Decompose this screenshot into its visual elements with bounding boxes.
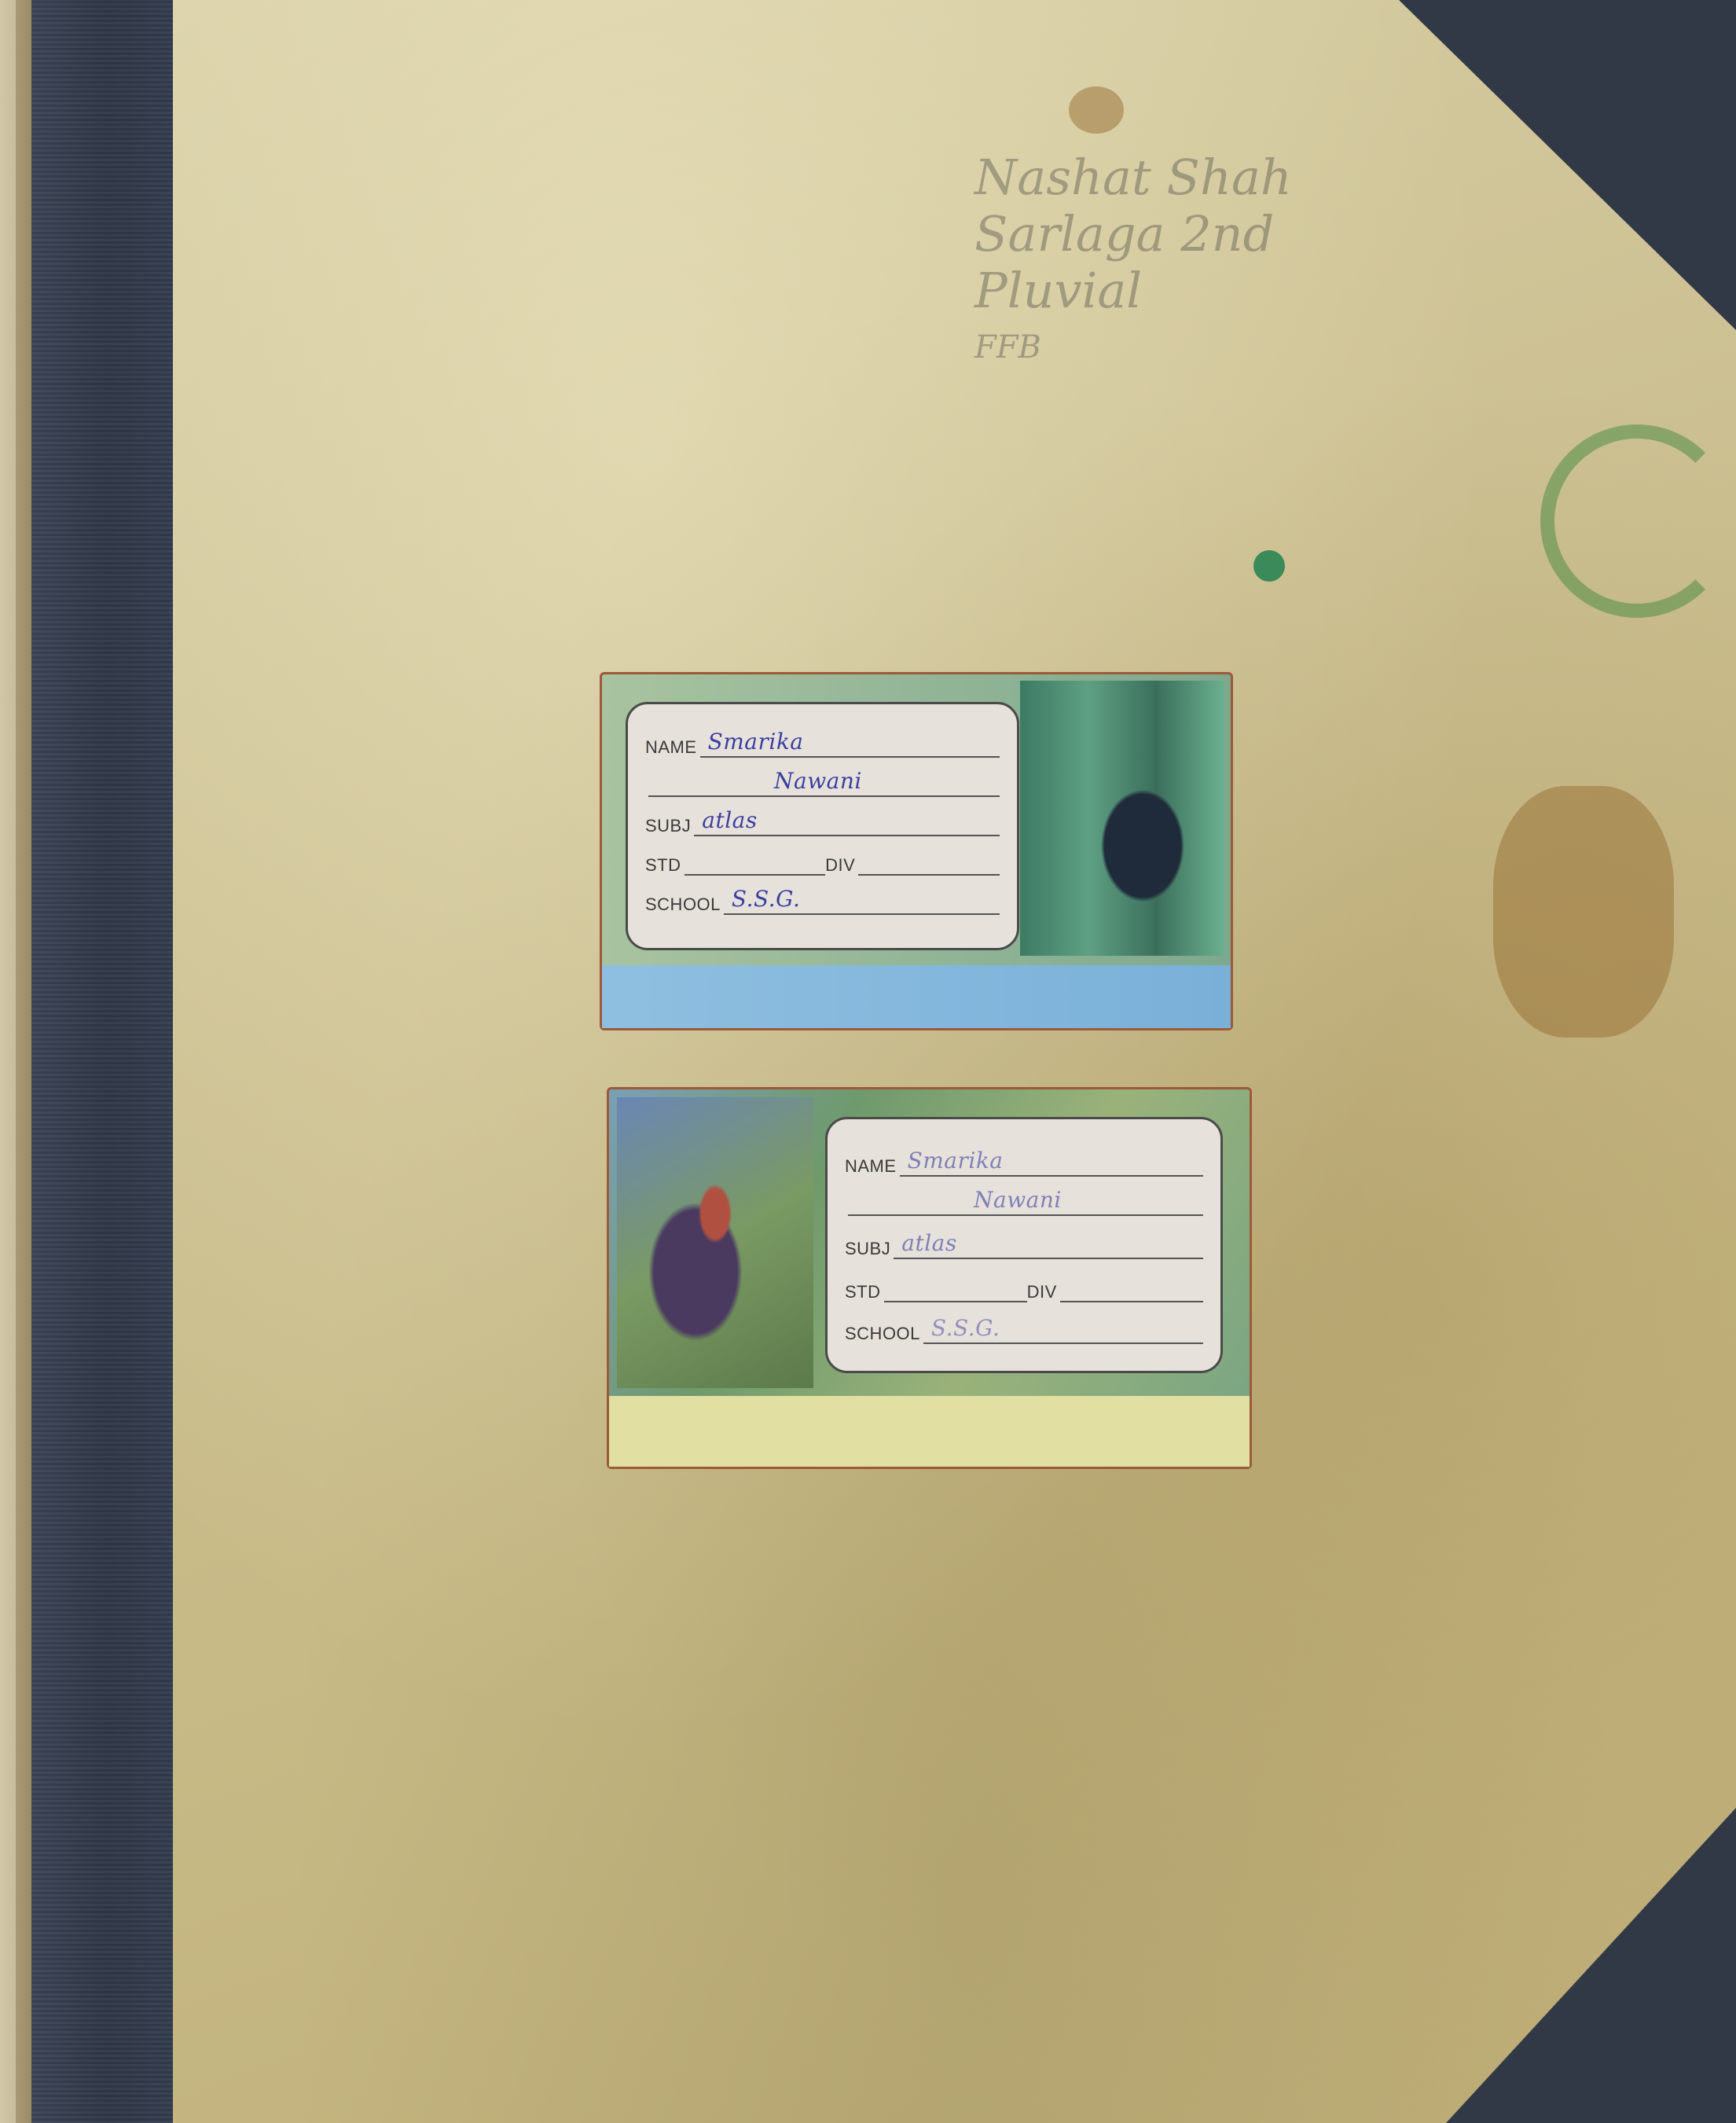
- lion-illustration: [1020, 681, 1224, 956]
- name-label-top: NAME Smarika Nawani SUBJ atlas STD DIV S…: [600, 672, 1233, 1030]
- std-div-row: STD DIV: [845, 1280, 1203, 1302]
- school-row: SCHOOL S.S.G.: [845, 1322, 1203, 1344]
- green-ring-stain: [1540, 424, 1734, 618]
- label-strip: [609, 1396, 1250, 1467]
- label-card: NAME Smarika Nawani SUBJ atlas STD DIV S…: [825, 1117, 1223, 1373]
- brown-stain: [1493, 786, 1674, 1038]
- name-label-bottom: NAME Smarika Nawani SUBJ atlas STD DIV S…: [607, 1087, 1252, 1469]
- name-row-2: Nawani: [845, 1194, 1203, 1216]
- notebook-cover: Nashat Shah Sarlaga 2nd Pluvial FFB: [173, 0, 1736, 2123]
- label-card: NAME Smarika Nawani SUBJ atlas STD DIV S…: [626, 702, 1019, 950]
- std-div-row: STD DIV: [645, 854, 1000, 876]
- name-row: NAME Smarika: [845, 1155, 1203, 1177]
- green-dot-stain: [1253, 550, 1285, 582]
- faint-handwriting: Nashat Shah Sarlaga 2nd Pluvial FFB: [974, 149, 1292, 376]
- school-row: SCHOOL S.S.G.: [645, 893, 1000, 915]
- subj-row: SUBJ atlas: [645, 814, 1000, 836]
- name-row: NAME Smarika: [645, 736, 1000, 758]
- bird-illustration: [617, 1097, 813, 1388]
- label-strip: [602, 965, 1231, 1028]
- name-row-2: Nawani: [645, 775, 1000, 797]
- brown-stain-top: [1069, 86, 1124, 134]
- subj-row: SUBJ atlas: [845, 1237, 1203, 1259]
